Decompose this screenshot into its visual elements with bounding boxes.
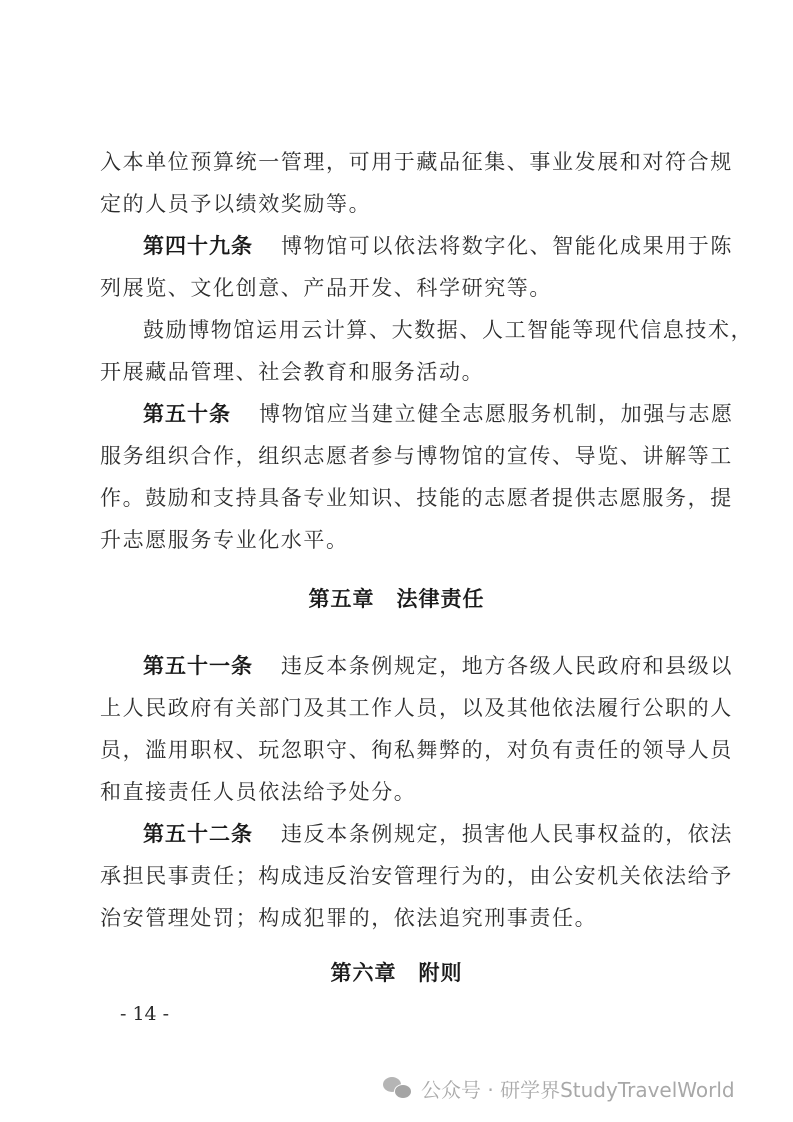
chapter-6-heading: 第六章附则 xyxy=(0,958,793,988)
article-49-line: 第四十九条博物馆可以依法将数字化、智能化成果用于陈 xyxy=(143,231,743,261)
article-51-label: 第五十一条 xyxy=(143,654,253,678)
chapter-5-number: 第五章 xyxy=(309,587,375,611)
chapter-5-heading: 第五章法律责任 xyxy=(0,584,793,614)
article-51-line: 第五十一条违反本条例规定，地方各级人民政府和县级以 xyxy=(143,651,743,681)
body-line: 开展藏品管理、社会教育和服务活动。 xyxy=(100,357,700,387)
body-line: 承担民事责任；构成违反治安管理行为的，由公安机关依法给予 xyxy=(100,861,700,891)
body-line: 员，滥用职权、玩忽职守、徇私舞弊的，对负有责任的领导人员 xyxy=(100,735,700,765)
article-50-line: 第五十条博物馆应当建立健全志愿服务机制，加强与志愿 xyxy=(143,399,743,429)
article-51-text: 违反本条例规定，地方各级人民政府和县级以 xyxy=(281,654,733,678)
watermark: 公众号 · 研学界StudyTravelWorld xyxy=(383,1073,735,1103)
chapter-5-title: 法律责任 xyxy=(397,587,485,611)
body-line: 鼓励博物馆运用云计算、大数据、人工智能等现代信息技术， xyxy=(143,315,743,345)
article-50-label: 第五十条 xyxy=(143,402,231,426)
article-49-label: 第四十九条 xyxy=(143,234,253,258)
chapter-6-number: 第六章 xyxy=(331,961,397,985)
body-line: 作。鼓励和支持具备专业知识、技能的志愿者提供志愿服务，提 xyxy=(100,483,700,513)
article-52-text: 违反本条例规定，损害他人民事权益的，依法 xyxy=(281,822,733,846)
wechat-icon xyxy=(383,1076,413,1100)
body-line: 服务组织合作，组织志愿者参与博物馆的宣传、导览、讲解等工 xyxy=(100,441,700,471)
page-number: - 14 - xyxy=(120,1000,169,1028)
body-line: 升志愿服务专业化水平。 xyxy=(100,525,700,555)
article-50-text: 博物馆应当建立健全志愿服务机制，加强与志愿 xyxy=(259,402,734,426)
body-line: 定的人员予以绩效奖励等。 xyxy=(100,189,700,219)
body-line: 和直接责任人员依法给予处分。 xyxy=(100,777,700,807)
article-52-label: 第五十二条 xyxy=(143,822,253,846)
article-52-line: 第五十二条违反本条例规定，损害他人民事权益的，依法 xyxy=(143,819,743,849)
body-line: 治安管理处罚；构成犯罪的，依法追究刑事责任。 xyxy=(100,903,700,933)
document-page: 入本单位预算统一管理，可用于藏品征集、事业发展和对符合规 定的人员予以绩效奖励等… xyxy=(0,0,793,1122)
article-49-text: 博物馆可以依法将数字化、智能化成果用于陈 xyxy=(281,234,733,258)
body-line: 入本单位预算统一管理，可用于藏品征集、事业发展和对符合规 xyxy=(100,147,700,177)
body-line: 上人民政府有关部门及其工作人员，以及其他依法履行公职的人 xyxy=(100,693,700,723)
chapter-6-title: 附则 xyxy=(419,961,463,985)
body-line: 列展览、文化创意、产品开发、科学研究等。 xyxy=(100,273,700,303)
watermark-text: 公众号 · 研学界StudyTravelWorld xyxy=(421,1074,735,1103)
